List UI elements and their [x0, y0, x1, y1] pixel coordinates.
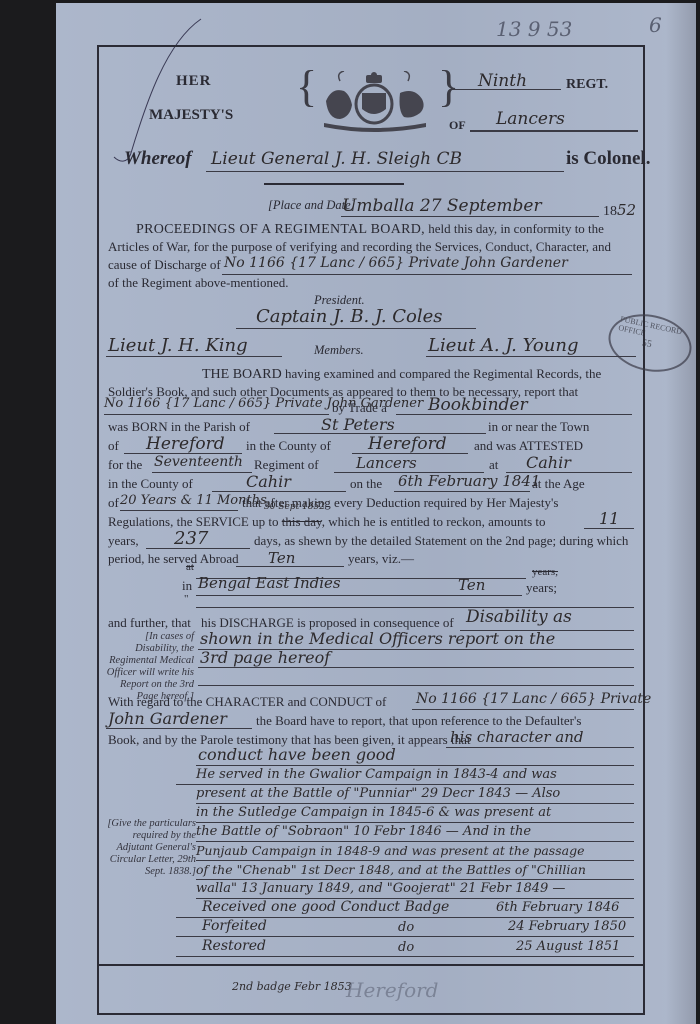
in-county-label: in the County of — [108, 476, 193, 492]
header-her: HER — [176, 73, 212, 90]
left-brace: { — [296, 65, 317, 109]
town-of-label: of — [108, 438, 119, 454]
attested-regiment-number-field: Seventeenth — [154, 454, 243, 470]
proceedings-line-3-label: cause of Discharge of — [108, 257, 221, 273]
report-line-1: THE BOARD having examined and compared t… — [202, 366, 601, 383]
service-years-field: 11 — [599, 509, 619, 528]
proceedings-line-4: of the Regiment above-mentioned. — [108, 275, 289, 291]
trade-label: by Trade a — [332, 400, 387, 416]
abroad-row-3-prefix: " — [184, 593, 189, 605]
county-field: Hereford — [368, 434, 447, 454]
character-soldier-line-2: John Gardener — [108, 709, 227, 728]
regiment-of-label: Regiment of — [254, 457, 319, 473]
county-label: in the County of — [246, 438, 331, 454]
discharge-reason-line-3: 3rd page hereof — [200, 648, 330, 667]
year-label: 1852 — [603, 201, 636, 220]
badge-date: 6th February 1846 — [496, 900, 619, 915]
footer-divider — [99, 964, 643, 966]
header-rule — [264, 183, 404, 185]
page-edge-shadow — [666, 3, 696, 1024]
proceedings-line-1: PROCEEDINGS OF A REGIMENTAL BOARD, held … — [136, 221, 604, 238]
character-soldier-line-1: No 1166 {17 Lanc / 665} Private — [416, 691, 651, 707]
service-struck-text: this day — [282, 514, 322, 529]
near-town-label: in or near the Town — [488, 419, 589, 435]
age-label: at the Age — [532, 476, 585, 492]
discharge-soldier-field: No 1166 {17 Lanc / 665} Private John Gar… — [224, 255, 568, 271]
footer-note: 2nd badge Febr 1853 — [232, 980, 352, 993]
for-the-label: for the — [108, 457, 142, 473]
particulars-line: the Battle of "Sobraon" 10 Febr 1846 — A… — [196, 824, 531, 839]
badge-ditto: do — [398, 920, 414, 935]
discharge-side-note: [In cases of Disability, the Regimental … — [104, 631, 194, 703]
verdict-line-1: his character and — [450, 728, 584, 746]
abroad-row-2-place: Bengal East Indies — [198, 574, 341, 592]
member-1-field: Lieut J. H. King — [108, 335, 248, 356]
document-page: 13 9 53 6 HER MAJESTY'S { } Ninth REGT. … — [56, 3, 696, 1024]
particulars-line: Punjaub Campaign in 1848-9 and was prese… — [196, 843, 584, 858]
regiment-number-field: Ninth — [478, 71, 527, 91]
years-label: years, — [108, 533, 139, 549]
badge-event: Forfeited — [202, 918, 267, 934]
whereof-label: Whereof — [124, 148, 192, 170]
badge-date: 24 February 1850 — [508, 919, 626, 934]
colonel-name-field: Lieut General J. H. Sleigh CB — [211, 149, 462, 169]
discharge-reason-line-2: shown in the Medical Officers report on … — [200, 629, 555, 648]
abroad-years-field: Ten — [268, 549, 295, 567]
trade-field: Bookbinder — [428, 395, 528, 415]
board-report-text: the Board have to report, that upon refe… — [256, 713, 581, 729]
regt-label: REGT. — [566, 77, 608, 93]
discharge-reason-line-1: Disability as — [466, 607, 572, 627]
attested-date-field: 6th February 1841 — [398, 472, 540, 490]
abroad-row-2-prefix: in — [182, 578, 192, 594]
town-field: Hereford — [146, 434, 225, 454]
right-brace: } — [438, 65, 459, 109]
president-field: Captain J. B. J. Coles — [256, 306, 443, 327]
particulars-line: of the "Chenab" 1st Decr 1848, and at th… — [196, 862, 586, 877]
service-up-to-date-field: 30 Sept 1852 — [264, 502, 325, 512]
abroad-row-1-suffix: years, — [532, 566, 558, 578]
further-label: and further, that — [108, 615, 191, 631]
particulars-line: present at the Battle of "Punniar" 29 De… — [196, 786, 560, 801]
members-label: Members. — [314, 343, 364, 358]
of-label: OF — [449, 118, 466, 133]
service-days-field: 237 — [174, 528, 208, 549]
archive-page-number: 6 — [649, 13, 662, 37]
regiment-type-field: Lancers — [496, 109, 565, 129]
place-date-field: Umballa 27 September — [342, 196, 542, 216]
age-of-label: of — [108, 495, 119, 511]
badge-ditto: do — [398, 940, 414, 955]
on-the-label: on the — [350, 476, 382, 492]
is-colonel-label: is Colonel. — [566, 148, 650, 170]
badge-date: 25 August 1851 — [516, 939, 620, 954]
pencil-signature: Hereford — [346, 978, 438, 1002]
royal-crest-icon — [316, 71, 434, 133]
badge-event: Received one good Conduct Badge — [202, 899, 449, 915]
abroad-label: period, he served Abroad — [108, 551, 239, 567]
badge-event: Restored — [202, 938, 266, 954]
days-label: days, as shewn by the detailed Statement… — [254, 533, 628, 549]
at-label: at — [489, 457, 498, 473]
attested-label: and was ATTESTED — [474, 438, 583, 454]
archive-ref-number: 13 9 53 — [496, 17, 572, 41]
attested-regiment-field: Lancers — [356, 454, 417, 472]
character-label: With regard to the CHARACTER and CONDUCT… — [108, 694, 386, 710]
particulars-line: He served in the Gwalior Campaign in 184… — [196, 767, 557, 782]
parish-field: St Peters — [321, 415, 395, 434]
abroad-row-1-prefix: at — [186, 561, 194, 573]
character-side-note: [Give the particulars required by the Ad… — [104, 818, 196, 878]
abroad-row-2-suffix: years; — [526, 580, 557, 596]
member-2-field: Lieut A. J. Young — [428, 335, 578, 356]
proceedings-line-2: Articles of War, for the purpose of veri… — [108, 239, 611, 255]
particulars-line: walla" 13 January 1849, and "Goojerat" 2… — [196, 881, 565, 896]
particulars-line: in the Sutledge Campaign in 1845-6 & was… — [196, 805, 551, 820]
attested-county-field: Cahir — [246, 472, 291, 491]
header-majestys: MAJESTY'S — [149, 107, 233, 124]
verdict-line-2: conduct have been good — [198, 745, 396, 764]
attested-place-field: Cahir — [526, 453, 571, 472]
abroad-row-2-years: Ten — [458, 576, 485, 594]
born-label: was BORN in the Parish of — [108, 419, 250, 435]
years-viz-label: years, viz.— — [348, 551, 414, 567]
